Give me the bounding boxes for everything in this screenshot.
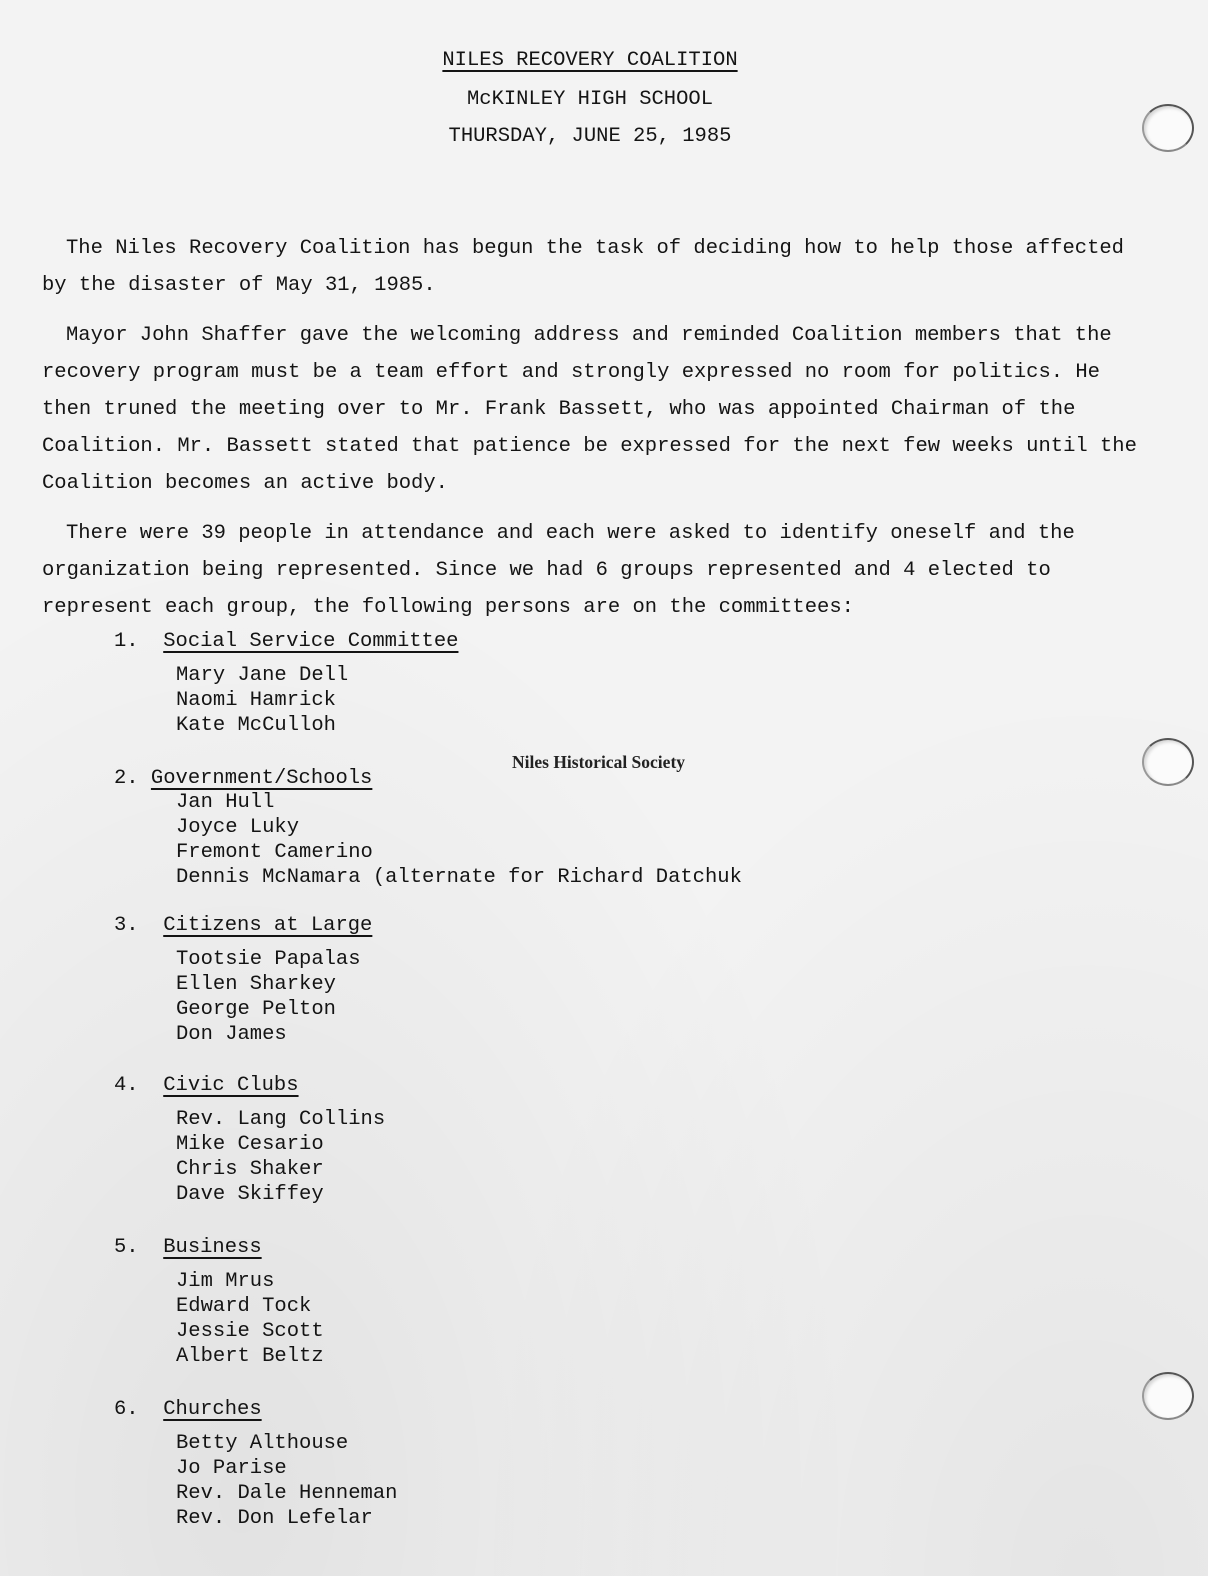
member: Mary Jane Dell	[176, 663, 458, 688]
meeting-location: McKINLEY HIGH SCHOOL	[0, 88, 1180, 111]
committee-title: Social Service Committee	[163, 630, 458, 653]
committee: 3. Citizens at Large Tootsie Papalas Ell…	[114, 914, 372, 1047]
committee-title: Government/Schools	[151, 767, 372, 790]
committee-number: 1.	[114, 630, 139, 653]
member-list: Tootsie Papalas Ellen Sharkey George Pel…	[176, 947, 372, 1047]
member: Rev. Don Lefelar	[176, 1506, 397, 1531]
member: Don James	[176, 1022, 372, 1047]
committee-number: 5.	[114, 1236, 139, 1259]
member: Mike Cesario	[176, 1132, 385, 1157]
member: Edward Tock	[176, 1294, 324, 1319]
committee-number: 6.	[114, 1398, 139, 1421]
committee-number: 3.	[114, 914, 139, 937]
member: Chris Shaker	[176, 1157, 385, 1182]
member: Dave Skiffey	[176, 1182, 385, 1207]
member-list: Jim Mrus Edward Tock Jessie Scott Albert…	[176, 1269, 324, 1369]
committee-title: Civic Clubs	[163, 1074, 298, 1097]
member: Rev. Dale Henneman	[176, 1481, 397, 1506]
punch-hole	[1142, 738, 1194, 786]
member: Tootsie Papalas	[176, 947, 372, 972]
paragraph-attendance: There were 39 people in attendance and e…	[42, 515, 1152, 626]
member: Albert Beltz	[176, 1344, 324, 1369]
paragraph-text: The Niles Recovery Coalition has begun t…	[42, 237, 1124, 297]
title-text: NILES RECOVERY COALITION	[442, 49, 737, 72]
committee: 1. Social Service Committee Mary Jane De…	[114, 630, 458, 738]
committee: 2. Government/Schools Jan Hull Joyce Luk…	[114, 767, 742, 890]
committee: 5. Business Jim Mrus Edward Tock Jessie …	[114, 1236, 324, 1369]
member: Jessie Scott	[176, 1319, 324, 1344]
member: Dennis McNamara (alternate for Richard D…	[176, 865, 742, 890]
member: Betty Althouse	[176, 1431, 397, 1456]
committee-number: 2.	[114, 767, 139, 790]
paragraph-welcome: Mayor John Shaffer gave the welcoming ad…	[42, 317, 1152, 502]
member: Kate McCulloh	[176, 713, 458, 738]
committee: 4. Civic Clubs Rev. Lang Collins Mike Ce…	[114, 1074, 385, 1207]
paragraph-text: There were 39 people in attendance and e…	[42, 522, 1075, 619]
member: Naomi Hamrick	[176, 688, 458, 713]
member-list: Mary Jane Dell Naomi Hamrick Kate McCull…	[176, 663, 458, 738]
committee-title: Business	[163, 1236, 261, 1259]
member: Ellen Sharkey	[176, 972, 372, 997]
committee-number: 4.	[114, 1074, 139, 1097]
member-list: Betty Althouse Jo Parise Rev. Dale Henne…	[176, 1431, 397, 1531]
meeting-date: THURSDAY, JUNE 25, 1985	[0, 125, 1180, 148]
member: George Pelton	[176, 997, 372, 1022]
member: Fremont Camerino	[176, 840, 742, 865]
committee: 6. Churches Betty Althouse Jo Parise Rev…	[114, 1398, 397, 1531]
member-list: Rev. Lang Collins Mike Cesario Chris Sha…	[176, 1107, 385, 1207]
member: Jo Parise	[176, 1456, 397, 1481]
committee-title: Churches	[163, 1398, 261, 1421]
member: Jan Hull	[176, 790, 742, 815]
member-list: Jan Hull Joyce Luky Fremont Camerino Den…	[176, 790, 742, 890]
paragraph-intro: The Niles Recovery Coalition has begun t…	[42, 230, 1152, 304]
member: Joyce Luky	[176, 815, 742, 840]
member: Rev. Lang Collins	[176, 1107, 385, 1132]
member: Jim Mrus	[176, 1269, 324, 1294]
document-title: NILES RECOVERY COALITION	[0, 49, 1180, 72]
committee-title: Citizens at Large	[163, 914, 372, 937]
paragraph-text: Mayor John Shaffer gave the welcoming ad…	[42, 324, 1137, 495]
punch-hole	[1142, 1372, 1194, 1420]
